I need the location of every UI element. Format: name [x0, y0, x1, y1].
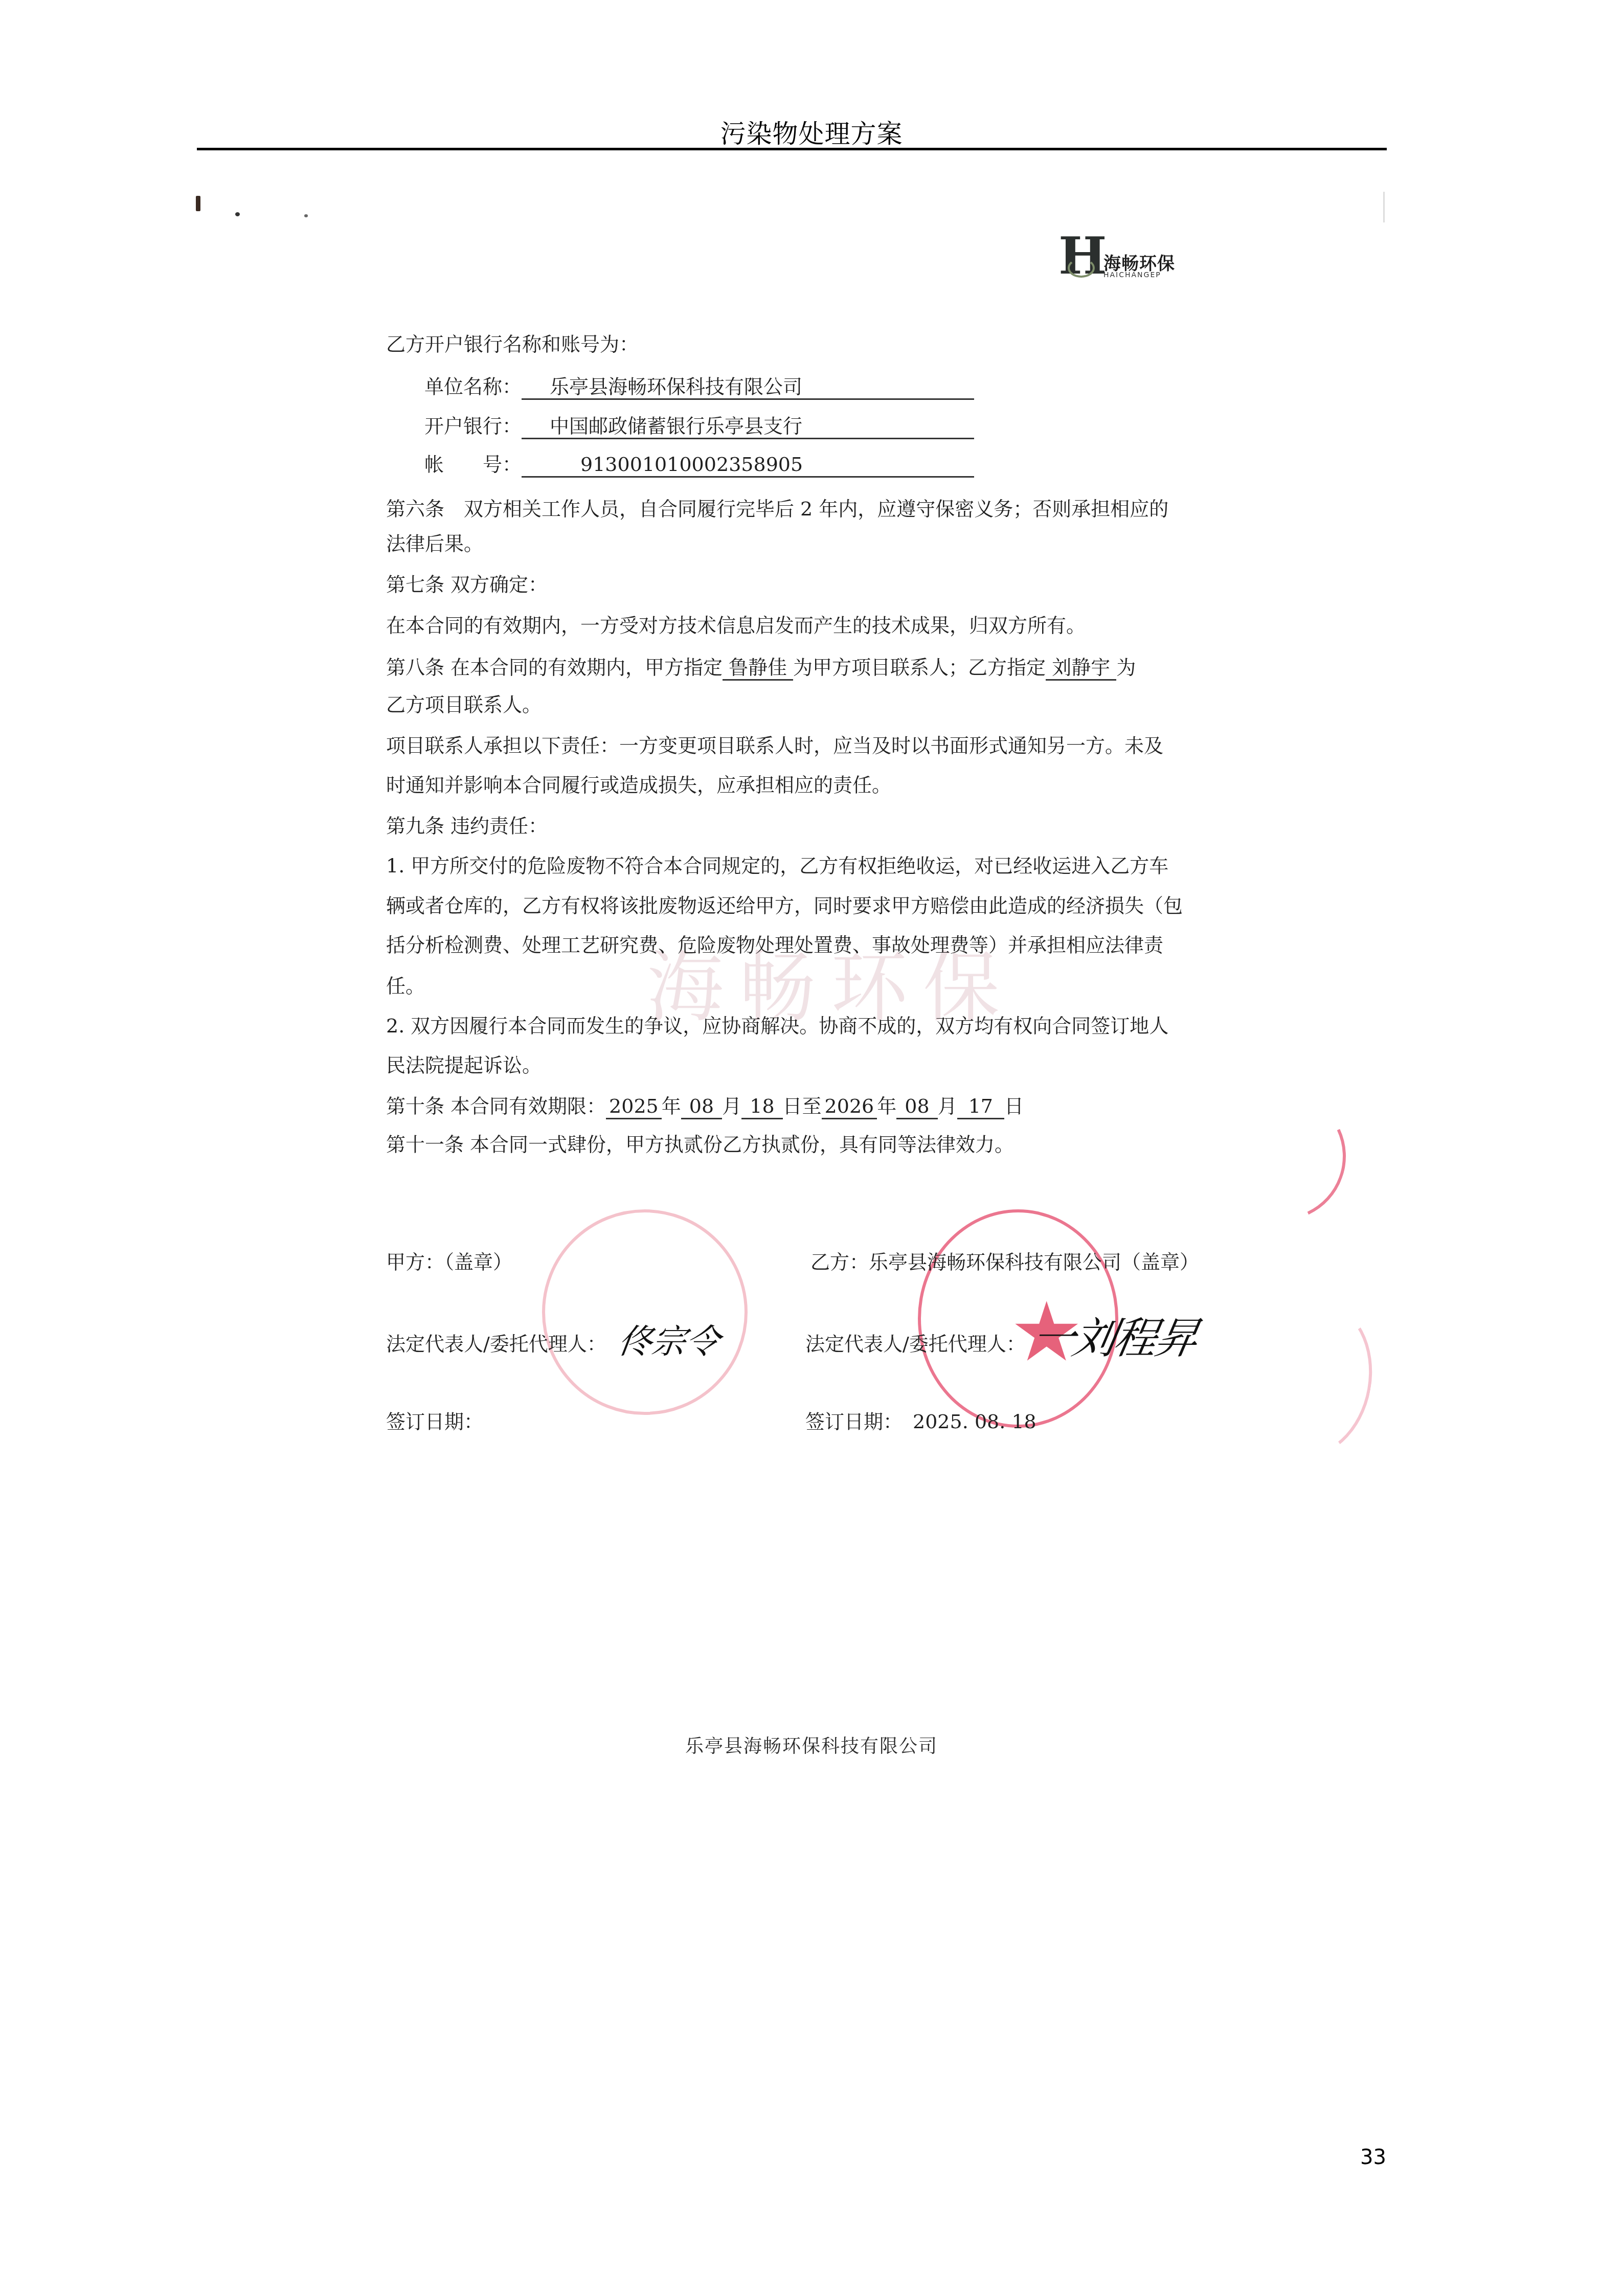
contact-duty-line-1: 项目联系人承担以下责任：一方变更项目联系人时，应当及时以书面形式通知另一方。未及	[386, 734, 1163, 757]
article-6-line-1: 第六条 双方相关工作人员，自合同履行完毕后 2 年内，应遵守保密义务；否则承担相…	[386, 497, 1168, 521]
party-a-date-label: 签订日期：	[386, 1410, 483, 1433]
party-b-contact: 刘静宇	[1046, 656, 1116, 681]
article-10-prefix: 第十条 本合同有效期限：	[386, 1095, 606, 1117]
article-9-1-line-3: 括分析检测费、处理工艺研究费、危险废物处理处置费、事故处理费等）并承担相应法律责	[386, 933, 1163, 957]
article-7-title: 第七条 双方确定：	[386, 573, 548, 596]
month-label: 月	[938, 1095, 957, 1117]
article-8-middle: 为甲方项目联系人；乙方指定	[793, 656, 1046, 679]
party-b-date: 2025. 08. 18	[913, 1410, 1036, 1433]
bank-name-label: 开户银行：	[424, 415, 522, 437]
day-label: 日	[1004, 1095, 1024, 1117]
logo-name-en: HAICHANGEP	[1103, 271, 1161, 279]
article-9-1-line-1: 1. 甲方所交付的危险废物不符合本合同规定的，乙方有权拒绝收运，对已经收运进入乙…	[386, 854, 1168, 877]
scan-footer-company: 乐亭县海畅环保科技有限公司	[0, 1732, 1623, 1758]
end-day: 17	[957, 1094, 1004, 1119]
article-10: 第十条 本合同有效期限：2025年08月18日至2026年08月17日	[386, 1094, 1024, 1119]
unit-name-value: 乐亭县海畅环保科技有限公司	[522, 375, 974, 400]
party-b-label: 乙方：乐亭县海畅环保科技有限公司（盖章）	[810, 1250, 1199, 1274]
end-month: 08	[896, 1094, 937, 1119]
bank-unit-row: 单位名称：乐亭县海畅环保科技有限公司	[424, 375, 974, 400]
party-b-rep-label: 法定代表人/委托代理人：	[805, 1332, 1026, 1356]
party-a-signature: 佟宗令	[615, 1314, 723, 1363]
month-label: 月	[722, 1095, 741, 1117]
year-label: 年	[662, 1095, 681, 1117]
party-a-seal-stamp	[542, 1209, 748, 1415]
article-8-line-2: 乙方项目联系人。	[386, 693, 542, 716]
bank-account-row: 帐 号：913001010002358905	[424, 453, 974, 478]
article-6-line-2: 法律后果。	[386, 532, 483, 555]
article-9-1-line-4: 任。	[386, 974, 425, 998]
start-day: 18	[741, 1094, 782, 1119]
start-year: 2025	[606, 1094, 662, 1119]
bank-name-value: 中国邮政储蓄银行乐亭县支行	[522, 414, 974, 439]
account-label: 帐 号：	[424, 453, 522, 476]
page-number: 33	[1360, 2146, 1386, 2169]
header-divider	[197, 148, 1387, 150]
party-a-rep-label: 法定代表人/委托代理人：	[386, 1332, 606, 1356]
party-b-date-row: 签订日期：2025. 08. 18	[805, 1410, 1036, 1433]
article-9-2-line-1: 2. 双方因履行本合同而发生的争议，应协商解决。协商不成的，双方均有权向合同签订…	[386, 1014, 1168, 1038]
article-9-title: 第九条 违约责任：	[386, 814, 548, 838]
end-year: 2026	[822, 1094, 877, 1119]
start-month: 08	[681, 1094, 722, 1119]
party-a-contact: 鲁静佳	[723, 656, 793, 681]
account-value: 913001010002358905	[522, 453, 974, 478]
company-logo: H 海畅环保 HAICHANGEP	[1058, 230, 1191, 286]
article-7-line-1: 在本合同的有效期内，一方受对方技术信息启发而产生的技术成果，归双方所有。	[386, 614, 1086, 637]
article-9-1-line-2: 辆或者仓库的，乙方有权将该批废物返还给甲方，同时要求甲方赔偿由此造成的经济损失（…	[386, 894, 1183, 917]
article-11: 第十一条 本合同一式肆份，甲方执贰份乙方执贰份，具有同等法律效力。	[386, 1133, 1014, 1156]
scan-edge-mark	[1383, 192, 1385, 222]
scan-artifact-dot	[304, 214, 308, 217]
contact-duty-line-2: 时通知并影响本合同履行或造成损失，应承担相应的责任。	[386, 773, 891, 797]
bank-name-row: 开户银行：中国邮政储蓄银行乐亭县支行	[424, 414, 974, 439]
logo-h-icon: H	[1058, 230, 1107, 281]
article-9-2-line-2: 民法院提起诉讼。	[386, 1053, 542, 1077]
to-label: 日至	[783, 1095, 822, 1117]
party-b-date-label: 签订日期：	[805, 1410, 903, 1433]
scan-artifact-dot	[235, 212, 240, 216]
page-header-title: 污染物处理方案	[0, 114, 1623, 150]
article-8-line-1: 第八条 在本合同的有效期内，甲方指定鲁静佳为甲方项目联系人；乙方指定刘静宇为	[386, 656, 1136, 681]
article-8-suffix: 为	[1116, 656, 1136, 679]
bank-intro: 乙方开户银行名称和账号为：	[386, 332, 639, 356]
unit-name-label: 单位名称：	[424, 375, 522, 398]
year-label: 年	[877, 1095, 896, 1117]
party-b-signature: 一刘程昇	[1027, 1304, 1202, 1366]
scan-artifact-mark	[196, 196, 200, 211]
article-8-prefix: 第八条 在本合同的有效期内，甲方指定	[386, 656, 723, 679]
party-a-label: 甲方：（盖章）	[386, 1250, 512, 1274]
